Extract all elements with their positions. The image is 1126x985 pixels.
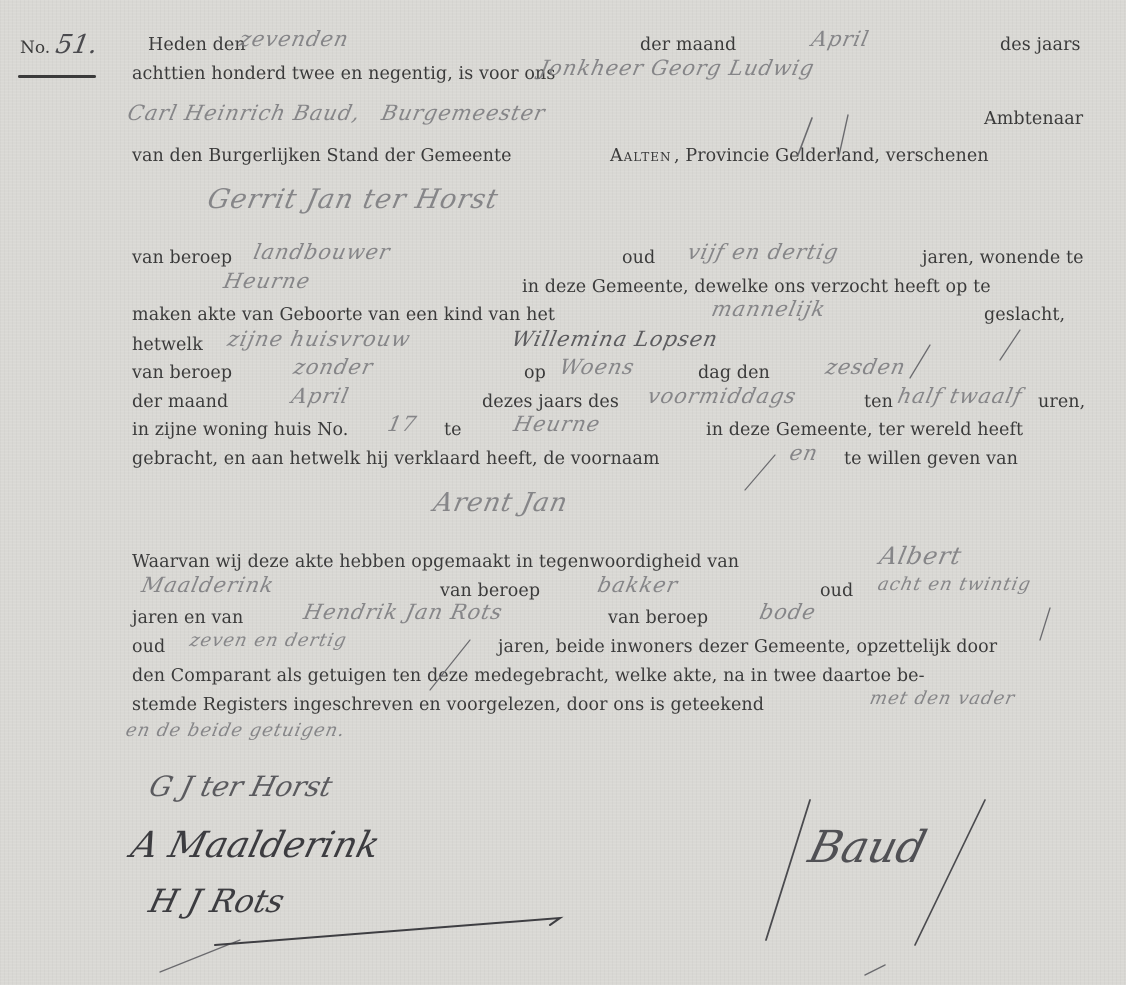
printed-text: van beroep (132, 243, 232, 273)
line-signed-continued: en de beide getuigen. (132, 722, 1098, 752)
handwritten-occupation: zonder (291, 352, 377, 382)
line-witness-1: Maalderink van beroep bakker oud acht en… (132, 576, 1098, 606)
handwritten-official-name: Jonkheer Georg Ludwig (537, 53, 818, 83)
line-municipality: van den Burgerlijken Stand der Gemeente … (132, 141, 1098, 171)
handwritten-mother-name: Willemina Lopsen (509, 324, 721, 354)
printed-text: gebracht, en aan hetwelk hij verklaard h… (132, 444, 660, 474)
handwritten-age: zeven en dertig (187, 626, 350, 656)
printed-text: in deze Gemeente, ter wereld heeft (706, 415, 1023, 445)
handwritten-gender: mannelijk (709, 294, 829, 324)
printed-text: , Provincie Gelderland, verschenen (674, 141, 989, 171)
line-official: Carl Heinrich Baud, Burgemeester Ambtena… (132, 104, 1098, 134)
printed-text: hetwelk (132, 330, 203, 360)
printed-text: te willen geven van (844, 444, 1018, 474)
handwritten-month: April (809, 24, 872, 54)
printed-text: ten (864, 387, 893, 417)
printed-text: oud (622, 243, 655, 273)
printed-text: oud (820, 576, 853, 606)
printed-text: uren, (1038, 387, 1085, 417)
printed-text: jaren, wonende te (922, 243, 1084, 273)
printed-text: in zijne woning huis No. (132, 415, 348, 445)
handwritten-age: acht en twintig (875, 570, 1034, 600)
handwritten-signed-with: met den vader (867, 684, 1018, 714)
handwritten-time-of-day: voormiddags (645, 381, 800, 411)
handwritten-house-number: 17 (385, 409, 420, 439)
handwritten-age: vijf en dertig (685, 237, 842, 267)
handwritten-child-name: Arent Jan (431, 488, 571, 518)
handwritten-official-title: Burgemeester (379, 98, 549, 128)
record-number-label: No. (20, 38, 50, 58)
handwritten-weekday: Woens (557, 352, 638, 382)
handwritten-occupation: landbouwer (251, 237, 394, 267)
printed-text: geslacht, (984, 300, 1065, 330)
line-given-names: gebracht, en aan hetwelk hij verklaard h… (132, 444, 1098, 474)
printed-text: der maand (132, 387, 228, 417)
signature-witness-1: A Maalderink (127, 825, 384, 866)
handwritten-witness-name: Albert (877, 541, 965, 571)
printed-text: van den Burgerlijken Stand der Gemeente (132, 141, 512, 171)
line-year: achttien honderd twee en negentig, is vo… (132, 59, 1098, 89)
printed-text: Heden den (148, 30, 246, 60)
handwritten-relation: zijne huisvrouw (225, 324, 414, 354)
printed-text: achttien honderd twee en negentig, is vo… (132, 59, 555, 89)
printed-text: den Comparant als getuigen ten deze mede… (132, 661, 925, 691)
handwritten-official-name: Carl Heinrich Baud, (125, 98, 364, 128)
line-birth-place: in zijne woning huis No. 17 te Heurne in… (132, 415, 1098, 445)
handwritten-day: zevenden (237, 24, 352, 54)
handwritten-day: zesden (823, 352, 909, 382)
signature-father: G J ter Horst (146, 770, 336, 803)
printed-text: des jaars (1000, 30, 1081, 60)
printed-text: Ambtenaar (984, 104, 1083, 134)
record-number-underline (18, 75, 96, 78)
handwritten-residence: Heurne (221, 266, 314, 296)
line-birth-time: der maand April dezes jaars des voormidd… (132, 387, 1098, 417)
handwritten-occupation: bode (757, 597, 819, 627)
line-declarant: Gerrit Jan ter Horst (132, 195, 1098, 225)
handwritten-place: Heurne (511, 409, 604, 439)
signature-official: Baud (804, 822, 932, 873)
printed-text: van beroep (132, 358, 232, 388)
handwritten-witness-surname: Maalderink (139, 570, 278, 600)
handwritten-declarant-name: Gerrit Jan ter Horst (205, 185, 501, 215)
handwritten-month: April (289, 381, 352, 411)
printed-text: te (444, 415, 462, 445)
record-number-value: 51. (53, 30, 100, 60)
handwritten-signed-with: en de beide getuigen. (123, 716, 348, 746)
printed-text: op (524, 358, 546, 388)
line-witness-2-age: oud zeven en dertig jaren, beide inwoner… (132, 632, 1098, 662)
handwritten-conjunction: en (787, 438, 821, 468)
birth-certificate-page: No. 51. Heden den zevenden der maand Apr… (0, 0, 1126, 985)
line-residence: Heurne in deze Gemeente, dewelke ons ver… (132, 272, 1098, 302)
municipality-name: Aalten (610, 141, 672, 171)
handwritten-witness-name: Hendrik Jan Rots (301, 597, 506, 627)
signature-witness-2: H J Rots (145, 882, 288, 920)
handwritten-hour: half twaalf (895, 381, 1026, 411)
handwritten-occupation: bakker (595, 570, 681, 600)
printed-text: van beroep (608, 603, 708, 633)
printed-text: jaren, beide inwoners dezer Gemeente, op… (498, 632, 997, 662)
printed-text: oud (132, 632, 165, 662)
line-child-name: Arent Jan (132, 498, 1098, 528)
